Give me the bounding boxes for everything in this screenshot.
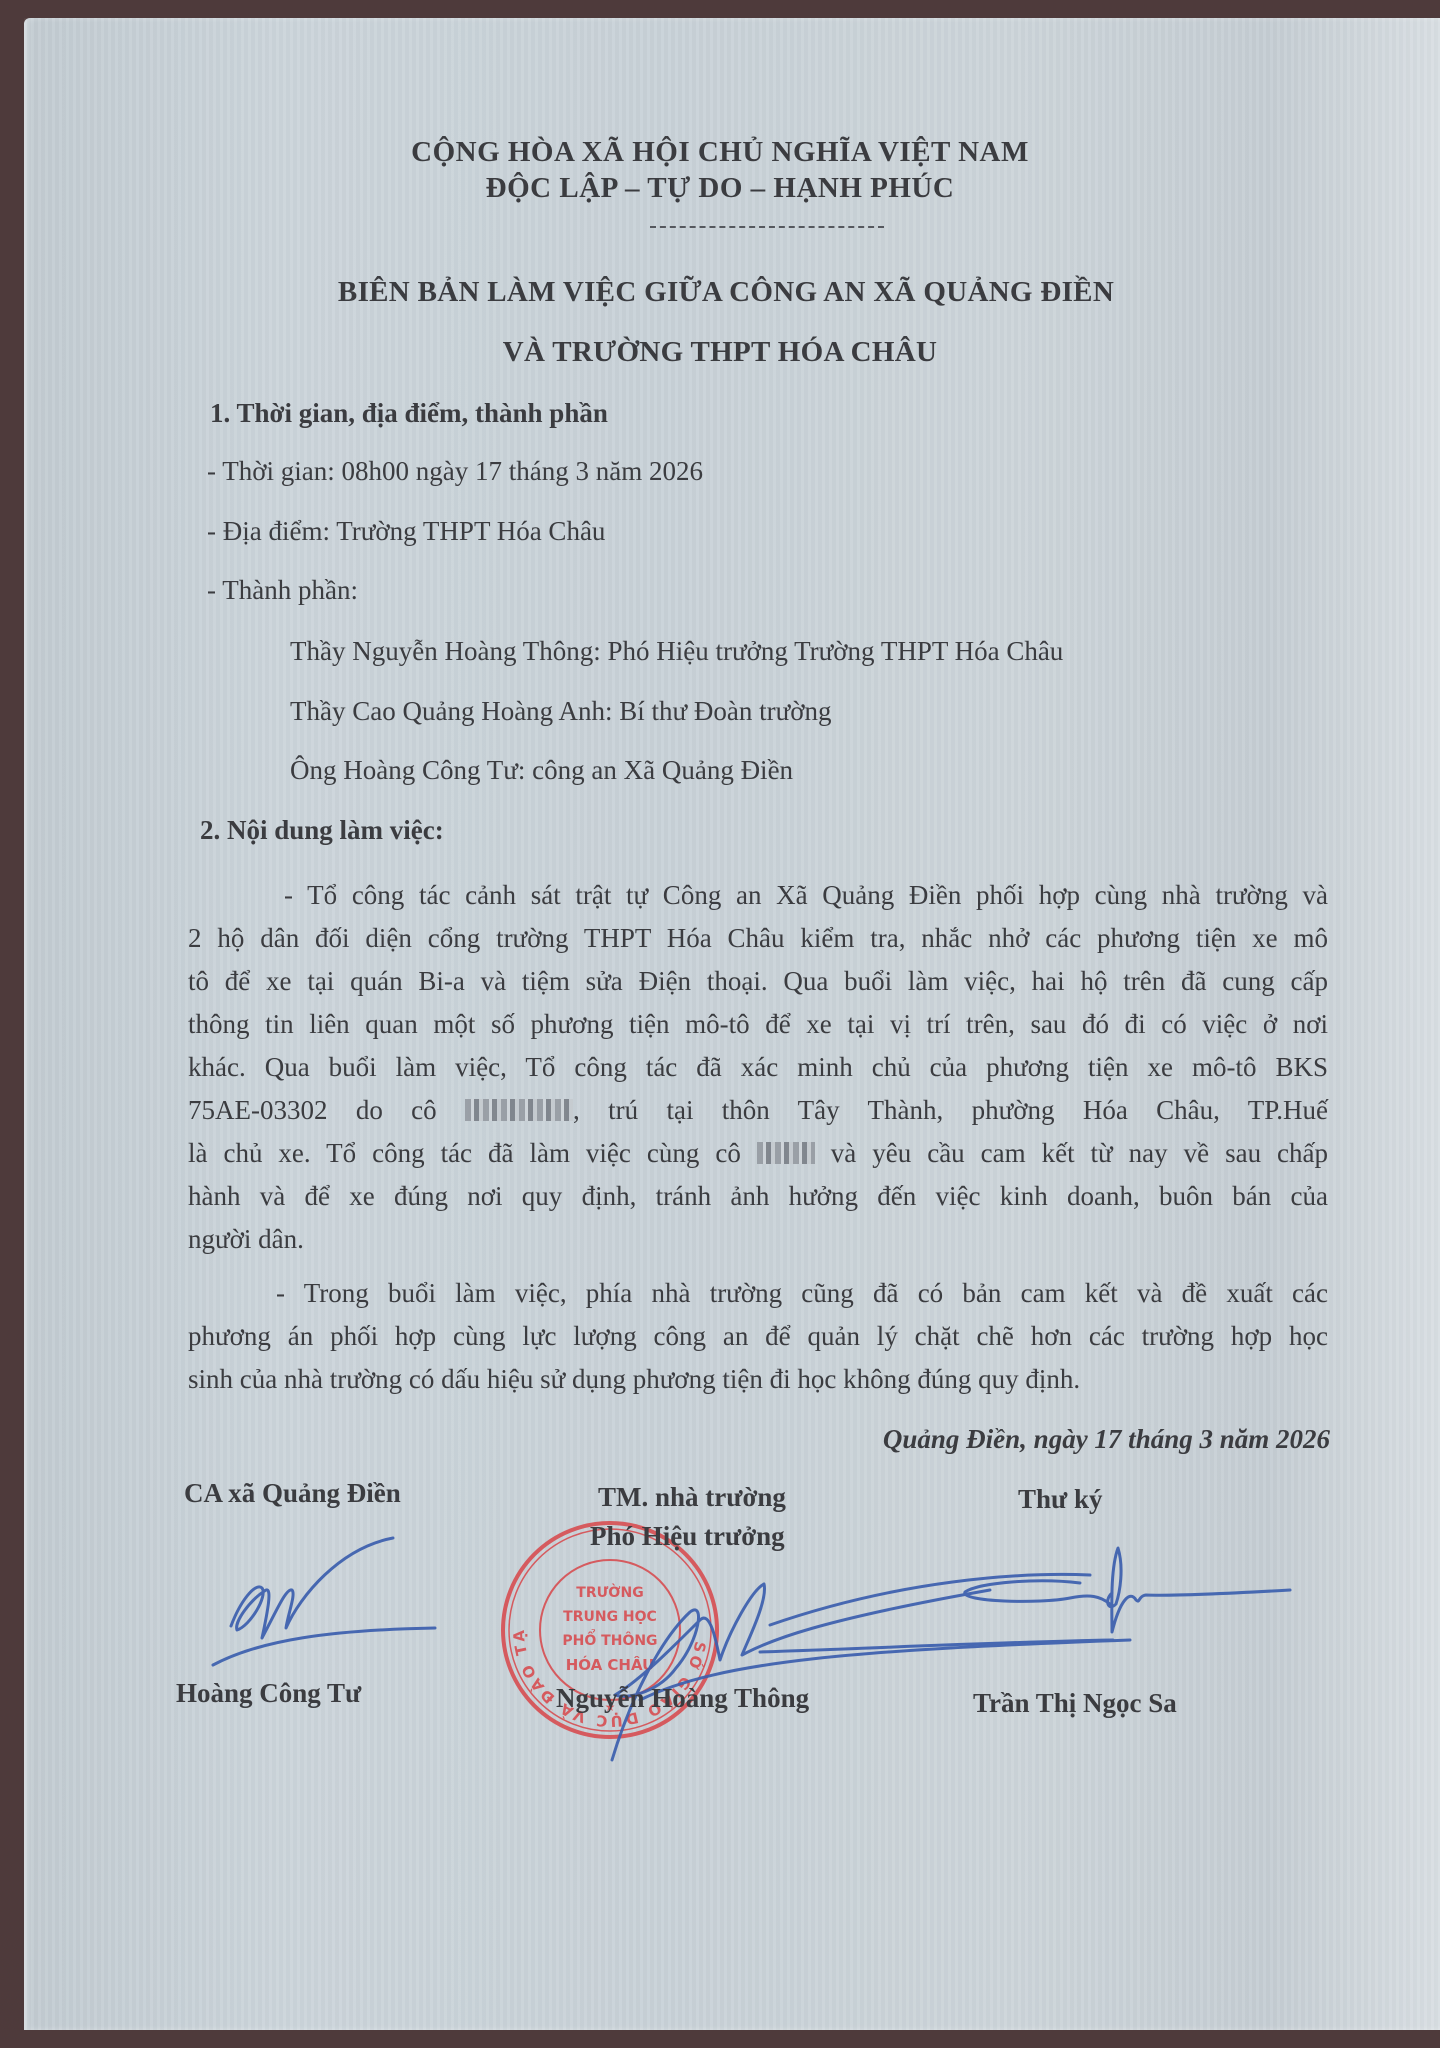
signer-name-secretary: Trần Thị Ngọc Sa xyxy=(973,1688,1177,1719)
signer-name-school: Nguyễn Hoàng Thông xyxy=(556,1683,809,1714)
handwritten-signatures xyxy=(0,0,1440,2048)
signer-name-police: Hoàng Công Tư xyxy=(176,1678,361,1709)
